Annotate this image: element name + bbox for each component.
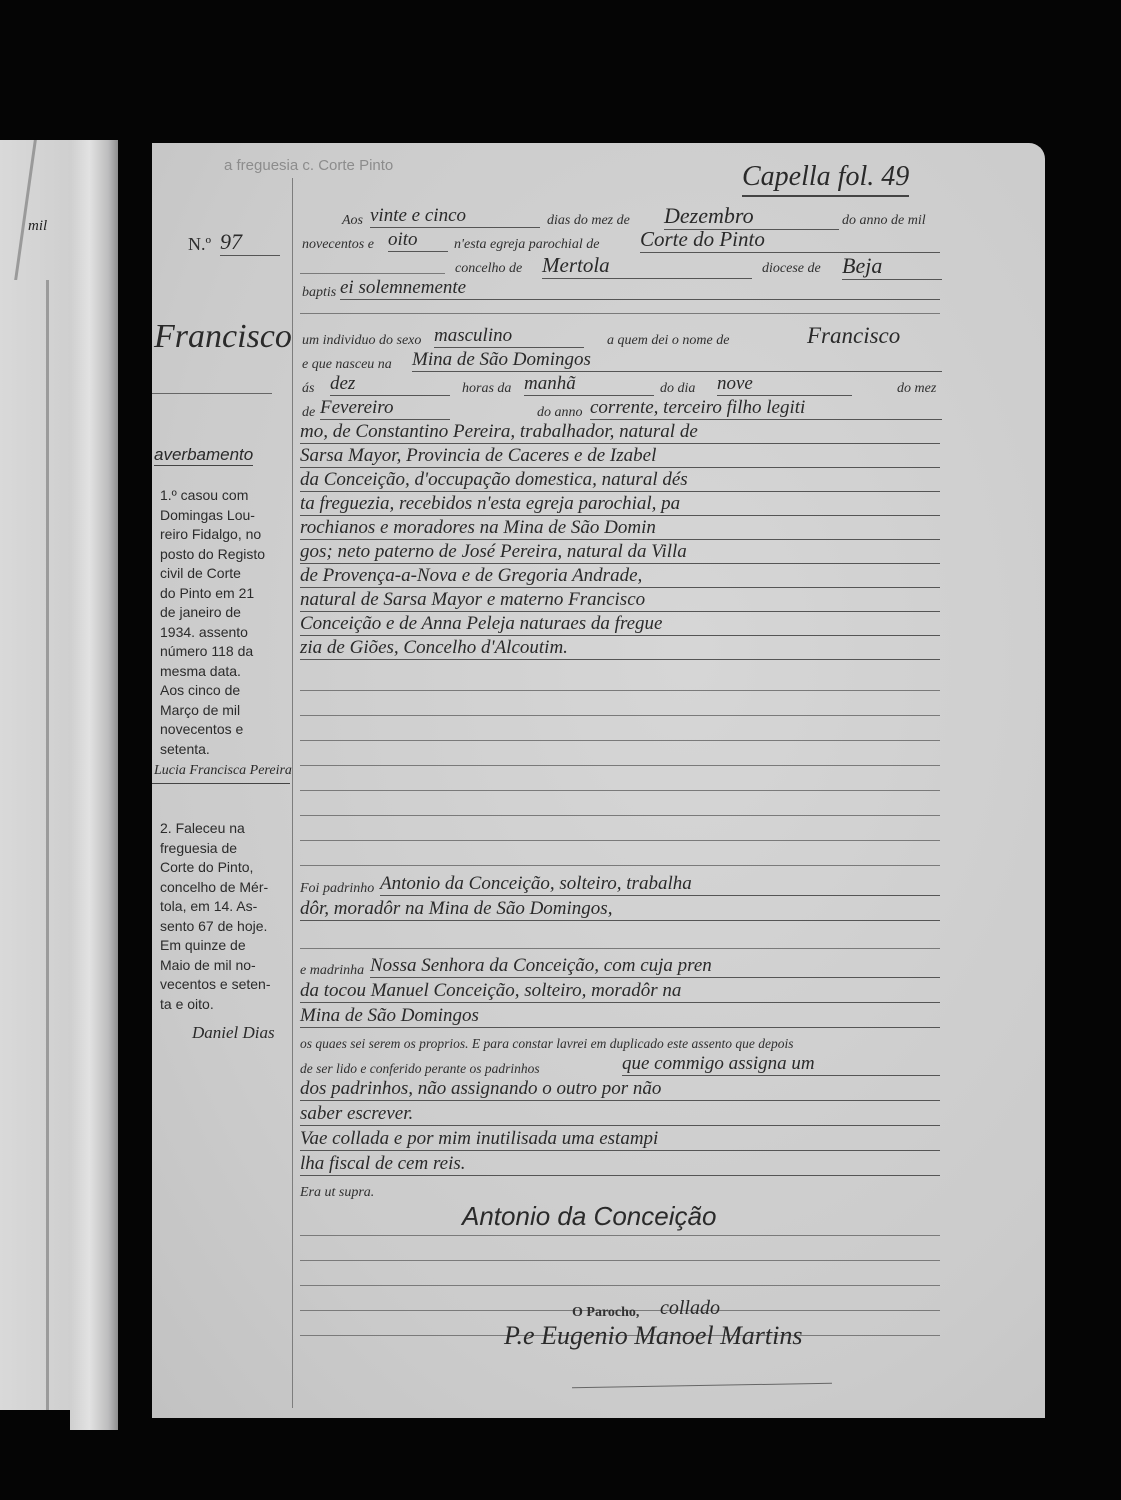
printed-text: baptis [302, 285, 336, 301]
page-crease [46, 280, 49, 1410]
godmother-label: e madrinha [300, 963, 364, 979]
margin-note-1-signature: Lucia Francisca Pereira [154, 763, 292, 779]
margin-note-death: 2. Faleceu na freguesia de Corte do Pint… [160, 819, 295, 1014]
parish-name: Corte do Pinto [640, 227, 940, 253]
parish-priest-label: O Parocho, [572, 1305, 639, 1321]
ruled-line [300, 765, 940, 766]
printed-text: um individuo do sexo [302, 333, 421, 349]
closing-formula: de ser lido e conferido perante os padri… [300, 1061, 540, 1077]
printed-text: dias do mez de [547, 213, 630, 229]
birthplace: Mina de São Domingos [412, 349, 942, 372]
ruled-line [300, 815, 940, 816]
godfather-label: Foi padrinho [300, 881, 374, 897]
margin-child-name: Francisco [154, 318, 292, 356]
parish-priest-signature: P.e Eugenio Manoel Martins [504, 1321, 802, 1351]
record-narrative-start: corrente, terceiro filho legiti [590, 397, 942, 420]
printed-text: a quem dei o nome de [607, 333, 729, 349]
printed-text: do mez [897, 381, 936, 397]
narrative-line: gos; neto paterno de José Pereira, natur… [300, 541, 940, 564]
margin-note-divider [152, 783, 290, 784]
printed-text: ás [302, 381, 314, 397]
stamp-note: Vae collada e por mim inutilisada uma es… [300, 1128, 940, 1151]
godmother-details: Mina de São Domingos [300, 1005, 940, 1028]
printed-text: Aos [342, 213, 363, 229]
printed-text: novecentos e [302, 237, 374, 253]
stamp-note: lha fiscal de cem reis. [300, 1153, 940, 1176]
printed-text: n'esta egreja parochial de [454, 237, 599, 253]
municipality: Mertola [542, 253, 752, 279]
printed-text: horas da [462, 381, 511, 397]
narrative-line: Conceição e de Anna Peleja naturaes da f… [300, 613, 940, 636]
closing-handwritten: dos padrinhos, não assignando o outro po… [300, 1078, 940, 1101]
ruled-line [300, 840, 940, 841]
ruled-line [300, 1260, 940, 1261]
narrative-line: natural de Sarsa Mayor e materno Francis… [300, 589, 940, 612]
birth-day: nove [717, 373, 852, 396]
ruled-line [300, 865, 940, 866]
birth-hour: dez [330, 373, 450, 396]
narrative-line: ta freguezia, recebidos n'esta egreja pa… [300, 493, 940, 516]
ruled-line [300, 740, 940, 741]
narrative-line: da Conceição, d'occupação domestica, nat… [300, 469, 940, 492]
narrative-line: de Provença-a-Nova e de Gregoria Andrade… [300, 565, 940, 588]
ruled-line [300, 948, 940, 949]
closing-handwritten: que commigo assigna um [622, 1053, 940, 1076]
register-page: a freguesia c. Corte Pinto Capella fol. … [152, 143, 1045, 1418]
annotation-heading: averbamento [154, 445, 253, 466]
ruled-line [300, 1235, 940, 1236]
entry-number: 97 [220, 229, 280, 256]
birth-month: Fevereiro [320, 397, 450, 420]
ruled-line [300, 1285, 940, 1286]
margin-separator [152, 393, 272, 394]
ruled-line [300, 273, 445, 274]
baptism-year: oito [388, 229, 448, 252]
godfather-details: Antonio da Conceição, solteiro, trabalha [380, 873, 940, 896]
torn-page-edges [70, 140, 120, 1430]
folio-reference: Capella fol. 49 [742, 161, 909, 197]
pencil-annotation: a freguesia c. Corte Pinto [224, 157, 393, 174]
printed-text: do dia [660, 381, 695, 397]
printed-text: concelho de [455, 261, 522, 277]
closing-formula: os quaes sei serem os proprios. E para c… [300, 1036, 793, 1052]
page-crease [14, 140, 37, 280]
signature-flourish [572, 1383, 832, 1389]
ruled-line [300, 790, 940, 791]
printed-text: e que nasceu na [302, 357, 392, 373]
era-ut-supra: Era ut supra. [300, 1185, 374, 1201]
narrative-line: mo, de Constantino Pereira, trabalhador,… [300, 421, 940, 444]
ruled-line [300, 313, 940, 314]
margin-rule [292, 178, 293, 1408]
godfather-signature: Antonio da Conceição [462, 1201, 716, 1232]
godmother-details: da tocou Manuel Conceição, solteiro, mor… [300, 980, 940, 1003]
ruled-line [300, 715, 940, 716]
printed-text: de [302, 405, 315, 421]
entry-number-label: N.º [188, 234, 211, 255]
narrative-line: Sarsa Mayor, Provincia de Caceres e de I… [300, 445, 940, 468]
previous-page-text: mil [28, 218, 47, 235]
parish-priest-title: collado [660, 1297, 720, 1320]
baptism-type: ei solemnemente [340, 277, 940, 300]
child-name: Francisco [807, 323, 900, 349]
godmother-details: Nossa Senhora da Conceição, com cuja pre… [370, 955, 940, 978]
baptism-day: vinte e cinco [370, 205, 540, 228]
birth-period: manhã [524, 373, 654, 396]
narrative-line: rochianos e moradores na Mina de São Dom… [300, 517, 940, 540]
printed-text: diocese de [762, 261, 821, 277]
printed-text: do anno [537, 405, 583, 421]
margin-note-2-signature: Daniel Dias [192, 1023, 275, 1043]
sex: masculino [434, 325, 584, 348]
baptism-month: Dezembro [664, 203, 839, 230]
ruled-line [300, 690, 940, 691]
godfather-details: dôr, moradôr na Mina de São Domingos, [300, 898, 940, 921]
closing-handwritten: saber escrever. [300, 1103, 940, 1126]
margin-note-marriage: 1.º casou com Domingas Lou- reiro Fidalg… [160, 486, 295, 759]
narrative-line: zia de Giões, Concelho d'Alcoutim. [300, 637, 940, 660]
diocese: Beja [842, 253, 942, 280]
